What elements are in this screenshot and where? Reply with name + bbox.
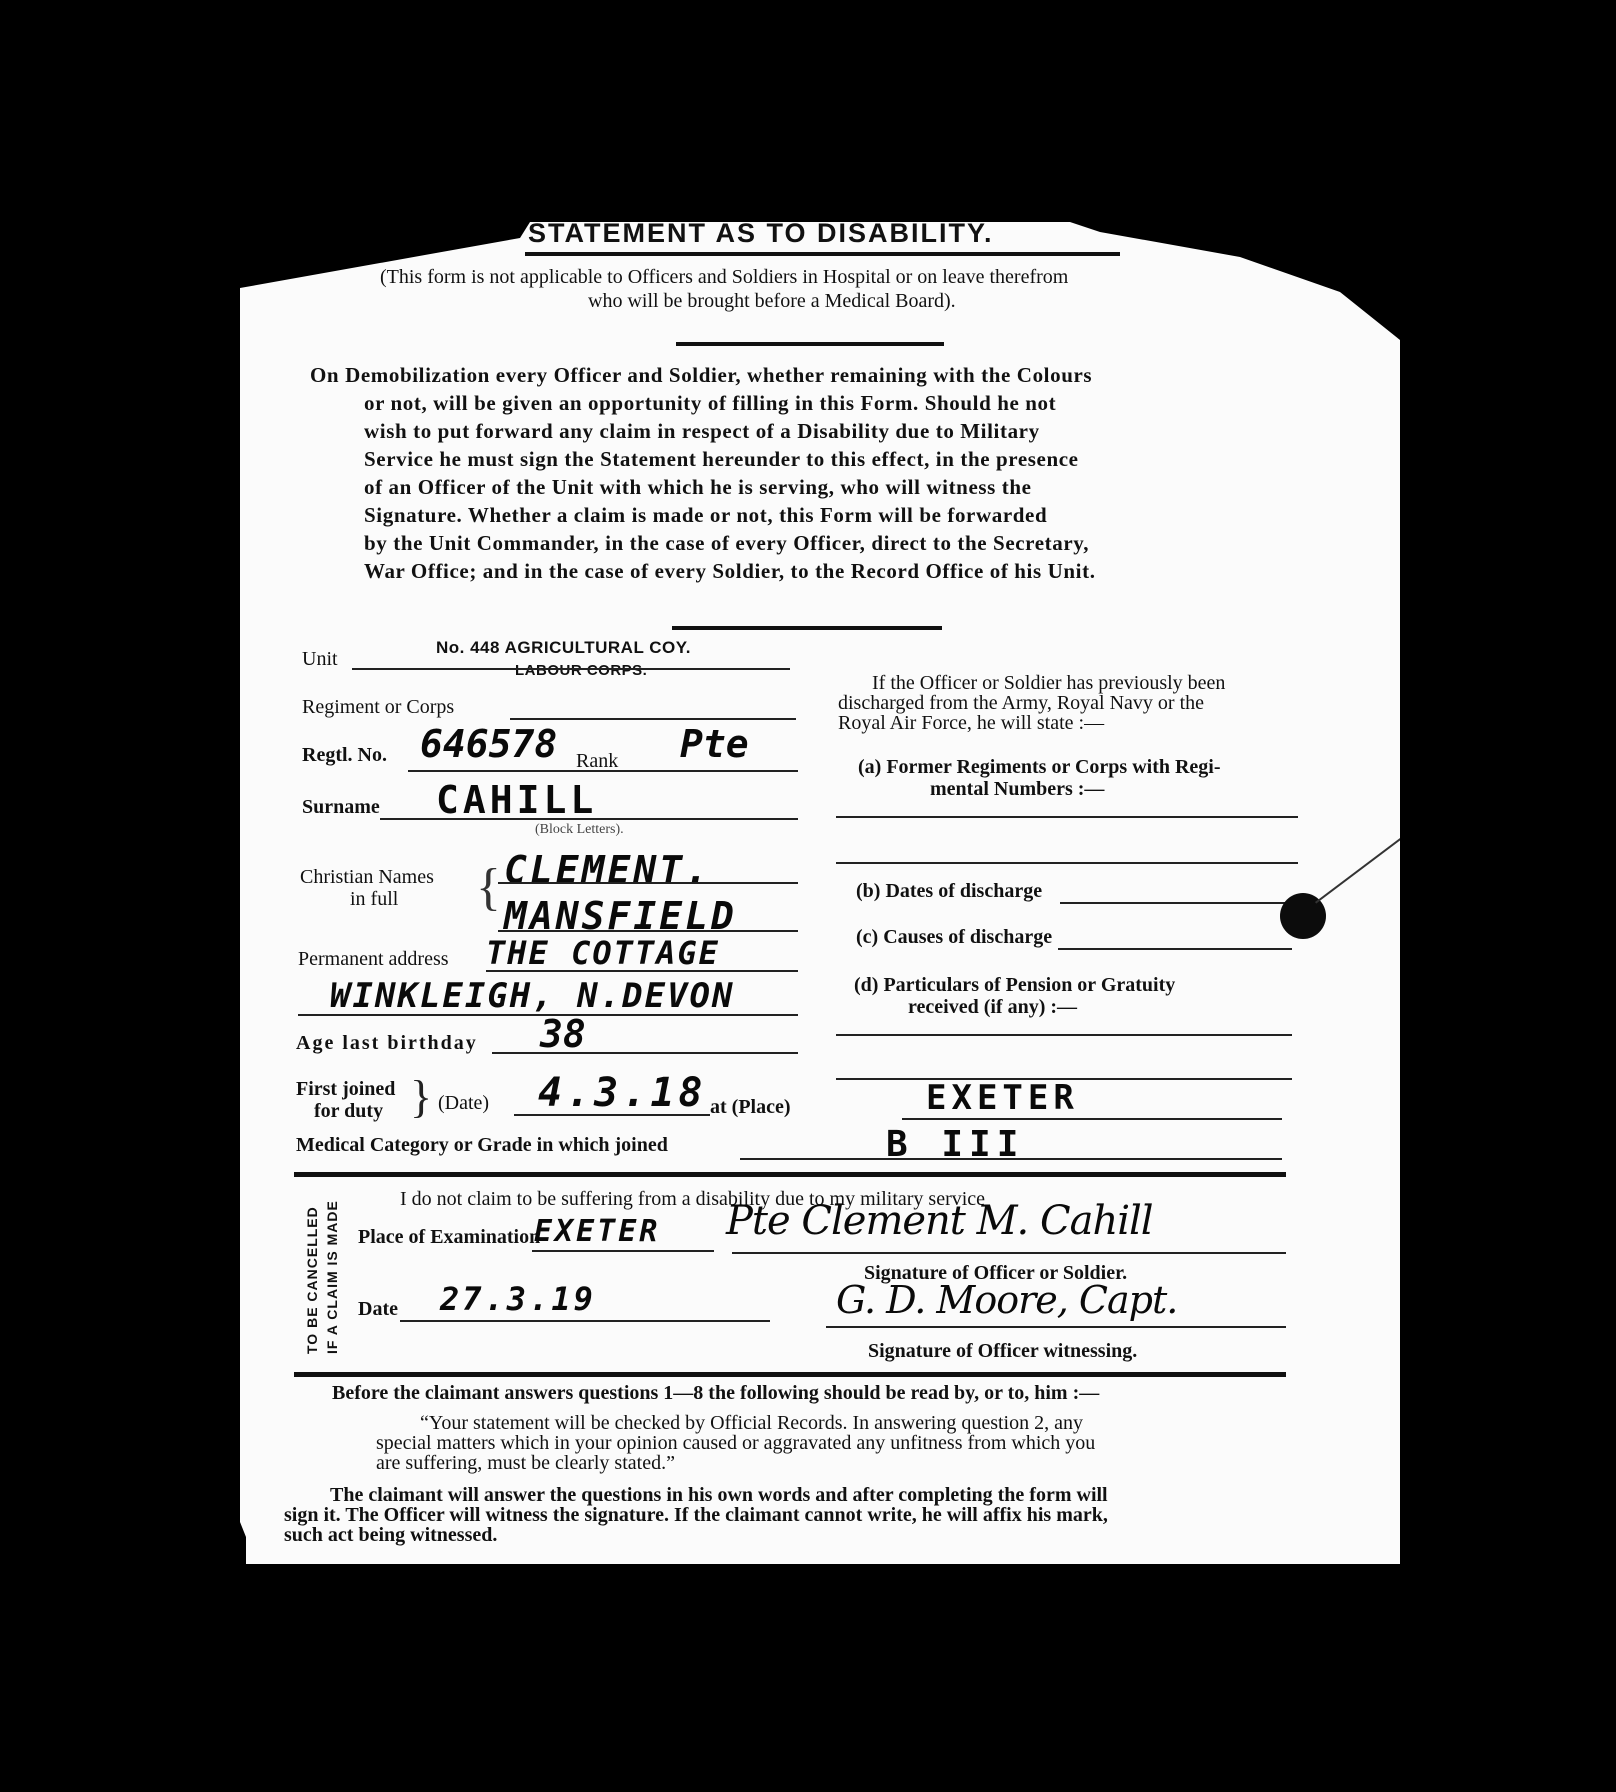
christian-name-1-line	[498, 882, 798, 884]
age-line	[492, 1052, 798, 1054]
pension-label-1: (d) Particulars of Pension or Gratuity	[854, 974, 1175, 997]
age-label: Age last birthday	[296, 1032, 478, 1055]
medical-category-label: Medical Category or Grade in which joine…	[296, 1134, 668, 1157]
witness-signature-line	[826, 1326, 1286, 1328]
surname-label: Surname	[302, 796, 380, 819]
side-note-line2: IF A CLAIM IS MADE	[324, 1200, 340, 1354]
side-note-line1: TO BE CANCELLED	[304, 1206, 320, 1354]
intro-line: Service he must sign the Statement hereu…	[364, 446, 1079, 474]
regtl-no-value[interactable]: 646578	[420, 722, 557, 766]
witness-signature[interactable]: G. D. Moore, Capt.	[836, 1278, 1177, 1322]
christian-name-2-line	[498, 930, 798, 932]
former-regiments-label-1: (a) Former Regiments or Corps with Regi-	[858, 756, 1221, 779]
dates-of-discharge-line[interactable]	[1060, 902, 1292, 904]
rank-value[interactable]: Pte	[680, 722, 749, 766]
christian-names-label-line1: Christian Names	[300, 866, 434, 889]
former-regiments-label-2: mental Numbers :—	[930, 778, 1104, 801]
address-line1[interactable]: THE COTTAGE	[486, 934, 720, 972]
address-label: Permanent address	[298, 948, 449, 971]
declaration-date-value[interactable]: 27.3.19	[440, 1280, 596, 1318]
disability-statement-form: STATEMENT AS TO DISABILITY. (This form i…	[240, 222, 1400, 1564]
instructions-quote-3: are suffering, must be clearly stated.”	[376, 1452, 675, 1475]
joined-place-value[interactable]: EXETER	[926, 1078, 1079, 1118]
declaration-top-rule	[294, 1172, 1286, 1177]
form-title: STATEMENT AS TO DISABILITY.	[528, 218, 994, 249]
first-joined-label-line1: First joined	[296, 1078, 395, 1101]
medical-category-line	[740, 1158, 1282, 1160]
pension-line-1[interactable]	[836, 1034, 1292, 1036]
intro-line: On Demobilization every Officer and Sold…	[310, 362, 1092, 390]
intro-line: War Office; and in the case of every Sol…	[364, 558, 1096, 586]
title-underline	[525, 252, 1120, 256]
former-regiments-line-1[interactable]	[836, 816, 1298, 818]
address-line1-rule	[486, 970, 798, 972]
joined-place-label: at (Place)	[710, 1096, 791, 1119]
dates-of-discharge-label: (b) Dates of discharge	[856, 880, 1042, 903]
declaration-date-line	[400, 1320, 770, 1322]
causes-of-discharge-line[interactable]	[1058, 948, 1292, 950]
declaration-bottom-rule	[294, 1372, 1286, 1377]
joined-date-line	[514, 1114, 710, 1116]
exam-place-label: Place of Examination	[358, 1226, 540, 1249]
surname-line	[380, 818, 798, 820]
causes-of-discharge-label: (c) Causes of discharge	[856, 926, 1052, 949]
soldier-signature-line	[732, 1252, 1286, 1254]
surname-hint: (Block Letters).	[535, 822, 624, 838]
joined-place-line	[902, 1118, 1282, 1120]
pension-line-2[interactable]	[836, 1078, 1292, 1080]
unit-label: Unit	[302, 648, 338, 671]
instructions-final-3: such act being witnessed.	[284, 1524, 497, 1547]
regtl-no-label: Regtl. No.	[302, 744, 387, 767]
unit-line	[352, 668, 790, 670]
soldier-signature[interactable]: Pte Clement M. Cahill	[726, 1198, 1153, 1244]
unit-stamp-line2[interactable]: LABOUR CORPS.	[515, 662, 647, 679]
unit-stamp-line1[interactable]: No. 448 AGRICULTURAL COY.	[436, 638, 691, 658]
regiment-line	[510, 718, 796, 720]
exam-place-value[interactable]: EXETER	[534, 1214, 660, 1249]
divider	[676, 342, 944, 346]
former-regiments-line-2[interactable]	[836, 862, 1298, 864]
instructions-heading: Before the claimant answers questions 1—…	[332, 1382, 1099, 1405]
brace-icon: {	[476, 862, 501, 914]
intro-line: wish to put forward any claim in respect…	[364, 418, 1040, 446]
form-subtitle-line2: who will be brought before a Medical Boa…	[588, 290, 956, 313]
age-value[interactable]: 38	[540, 1012, 586, 1056]
regiment-label: Regiment or Corps	[302, 696, 454, 719]
brace-icon: }	[410, 1074, 432, 1120]
regtl-no-line	[408, 770, 798, 772]
intro-line: by the Unit Commander, in the case of ev…	[364, 530, 1089, 558]
intro-line: Signature. Whether a claim is made or no…	[364, 502, 1047, 530]
address-line2[interactable]: WINKLEIGH, N.DEVON	[330, 976, 734, 1016]
surname-value[interactable]: CAHILL	[436, 778, 597, 822]
declaration-date-label: Date	[358, 1298, 398, 1321]
christian-name-1[interactable]: CLEMENT.	[504, 848, 711, 892]
pension-label-2: received (if any) :—	[908, 996, 1077, 1019]
intro-line: of an Officer of the Unit with which he …	[364, 474, 1032, 502]
form-subtitle-line1: (This form is not applicable to Officers…	[380, 266, 1068, 289]
joined-date-label: (Date)	[438, 1092, 489, 1115]
prev-discharge-intro-3: Royal Air Force, he will state :—	[838, 712, 1104, 735]
witness-signature-caption: Signature of Officer witnessing.	[868, 1340, 1137, 1363]
cancellation-slash	[1315, 565, 1616, 904]
exam-place-line	[532, 1250, 714, 1252]
christian-names-label-line2: in full	[350, 888, 398, 911]
intro-line: or not, will be given an opportunity of …	[364, 390, 1056, 418]
joined-date-value[interactable]: 4.3.18	[538, 1070, 707, 1116]
divider	[672, 626, 942, 630]
first-joined-label-line2: for duty	[314, 1100, 383, 1123]
